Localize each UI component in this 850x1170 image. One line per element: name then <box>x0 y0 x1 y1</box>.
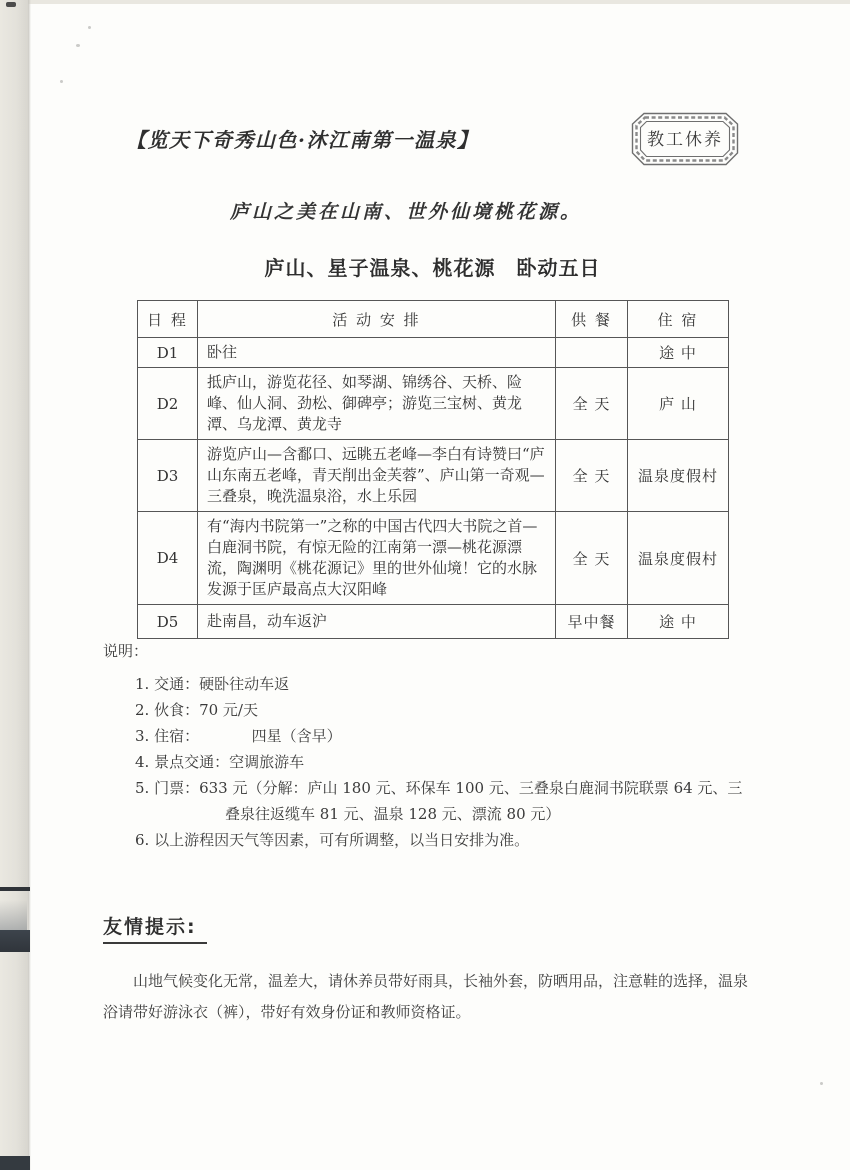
badge-label: 教工休养 <box>647 130 723 150</box>
scan-edge-left <box>0 0 28 1170</box>
scan-line-mark <box>0 887 30 891</box>
note-item-lodging: 3. 住宿： 四星（含早） <box>135 723 768 749</box>
scan-smudge-mark <box>0 900 27 930</box>
scanned-document-page: 【览天下奇秀山色·沐江南第一温泉】 教工休养 庐山之美在山南、世外仙境桃花源。 … <box>0 0 850 1170</box>
scan-speck <box>820 1082 823 1085</box>
header-cell-day: 日 程 <box>138 301 198 338</box>
tips-heading: 友情提示: <box>103 912 207 944</box>
day-cell: D1 <box>138 338 198 368</box>
table-row-d5: D5 赴南昌，动车返沪 早中餐 途 中 <box>138 605 729 639</box>
table-row-d1: D1 卧往 途 中 <box>138 338 729 368</box>
notes-heading: 说明： <box>103 640 768 661</box>
note-item-tickets: 5. 门票：633 元（分解：庐山 180 元、环保车 100 元、三叠泉白鹿洞… <box>135 775 768 827</box>
stay-cell: 途 中 <box>628 338 729 368</box>
scan-speck <box>76 44 80 47</box>
itinerary-table: 日 程 活 动 安 排 供 餐 住 宿 D1 卧往 途 中 D2 抵庐山，游览花… <box>137 300 729 639</box>
scan-speck <box>60 80 63 83</box>
activities-cell: 卧往 <box>198 338 556 368</box>
stay-cell: 温泉度假村 <box>628 440 729 512</box>
day-cell: D5 <box>138 605 198 639</box>
note-item-schedule-change: 6. 以上游程因天气等因素，可有所调整，以当日安排为准。 <box>135 827 768 853</box>
membership-badge: 教工休养 <box>630 111 740 167</box>
scan-speck <box>88 26 91 29</box>
day-cell: D2 <box>138 368 198 440</box>
activities-cell: 有“海内书院第一”之称的中国古代四大书院之首—白鹿洞书院，有惊无险的江南第一漂—… <box>198 512 556 605</box>
tips-body: 山地气候变化无常，温差大，请休养员带好雨具，长袖外套，防晒用品，注意鞋的选择，温… <box>103 966 753 1028</box>
meals-cell <box>556 338 628 368</box>
page-edge-shadow <box>28 0 31 1170</box>
scan-bottom-mark <box>0 1156 30 1170</box>
day-cell: D3 <box>138 440 198 512</box>
meals-cell: 全 天 <box>556 440 628 512</box>
badge-ornamental-border-icon: 教工休养 <box>630 111 740 167</box>
note-item-transport: 1. 交通：硬卧往动车返 <box>135 671 768 697</box>
activities-cell: 赴南昌，动车返沪 <box>198 605 556 639</box>
ink-speck <box>6 2 16 7</box>
tips-section: 友情提示: 山地气候变化无常，温差大，请休养员带好雨具，长袖外套，防晒用品，注意… <box>103 912 753 1043</box>
table-header-row: 日 程 活 动 安 排 供 餐 住 宿 <box>138 301 729 338</box>
header-title: 【览天下奇秀山色·沐江南第一温泉】 <box>126 124 478 153</box>
table-row-d2: D2 抵庐山，游览花径、如琴湖、锦绣谷、天桥、险峰、仙人洞、劲松、御碑亭；游览三… <box>138 368 729 440</box>
day-cell: D4 <box>138 512 198 605</box>
stay-cell: 途 中 <box>628 605 729 639</box>
subtitle-calligraphy: 庐山之美在山南、世外仙境桃花源。 <box>230 197 582 224</box>
table-row-d4: D4 有“海内书院第一”之称的中国古代四大书院之首—白鹿洞书院，有惊无险的江南第… <box>138 512 729 605</box>
note-item-meals: 2. 伙食：70 元/天 <box>135 697 768 723</box>
scan-edge-top <box>0 0 850 4</box>
meals-cell: 早中餐 <box>556 605 628 639</box>
header-cell-stay: 住 宿 <box>628 301 729 338</box>
stay-cell: 庐 山 <box>628 368 729 440</box>
doc-title: 庐山、星子温泉、桃花源 卧动五日 <box>137 252 728 281</box>
activities-cell: 游览庐山—含鄱口、远眺五老峰—李白有诗赞曰“庐山东南五老峰，青天削出金芙蓉”、庐… <box>198 440 556 512</box>
meals-cell: 全 天 <box>556 368 628 440</box>
header-cell-activities: 活 动 安 排 <box>198 301 556 338</box>
scan-band-mark <box>0 930 30 952</box>
header-cell-meals: 供 餐 <box>556 301 628 338</box>
notes-section: 说明： 1. 交通：硬卧往动车返 2. 伙食：70 元/天 3. 住宿： 四星（… <box>103 640 768 853</box>
stay-cell: 温泉度假村 <box>628 512 729 605</box>
activities-cell: 抵庐山，游览花径、如琴湖、锦绣谷、天桥、险峰、仙人洞、劲松、御碑亭；游览三宝树、… <box>198 368 556 440</box>
table-row-d3: D3 游览庐山—含鄱口、远眺五老峰—李白有诗赞曰“庐山东南五老峰，青天削出金芙蓉… <box>138 440 729 512</box>
meals-cell: 全 天 <box>556 512 628 605</box>
note-item-local-transport: 4. 景点交通：空调旅游车 <box>135 749 768 775</box>
